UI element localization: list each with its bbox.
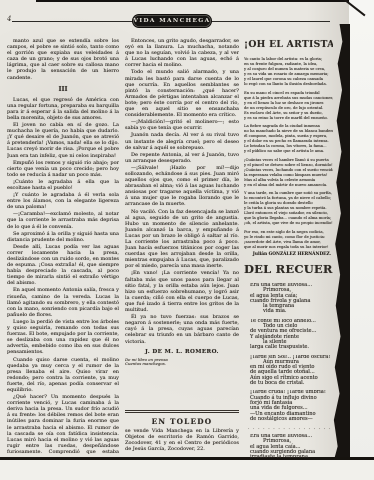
notice-title: EN TOLEDO bbox=[125, 417, 239, 426]
story-paragraph: —¡Sálvale! ¡Hazlo por mí!—dijo sollozand… bbox=[125, 165, 239, 208]
headline-oh-el-artista: ¡OH EL ARTISTA! bbox=[244, 39, 333, 50]
scan-top-edge bbox=[36, 0, 374, 2]
column-left: manto azul que se extendía sobre los cam… bbox=[7, 38, 119, 454]
poem-stanza: Y una tarde, en la cumbre que soñó su po… bbox=[244, 190, 333, 225]
scanned-page: 4 VIDA MANCHEGA manto azul que se extend… bbox=[0, 0, 374, 480]
poem-stanza: ¡Tarde sin Sol!.. ¡Tarde oscura! Aún mur… bbox=[244, 355, 333, 387]
column-right: ¡OH EL ARTISTA! Yo canto la labor del ar… bbox=[244, 38, 333, 458]
story-paragraph: No vaciló. Con la faz desencajada se lan… bbox=[125, 209, 239, 270]
page-edge-shadow bbox=[331, 24, 350, 464]
story-paragraph: ¿Qué hacer? Un momento después la corrie… bbox=[7, 394, 119, 454]
poem-stanza: ¡Cuántas veces el hambre llamó á su puer… bbox=[244, 157, 333, 187]
notice-body: se vende Vida Manchega en la Librería y … bbox=[125, 428, 239, 452]
section-heading: III bbox=[7, 85, 119, 93]
story-paragraph: —¡Caramba!—exclamó molesto, al notar que… bbox=[7, 211, 119, 229]
poem-stanza: ¡Tarde cruda! ¡Tarde umbría! Cuando á tu… bbox=[244, 390, 333, 422]
footnote-line: Cuentos manchegos. bbox=[125, 362, 239, 367]
masthead-badge: VIDA MANCHEGA bbox=[133, 15, 211, 27]
story-paragraphs: Lucas, el que regresó de América con una… bbox=[7, 97, 119, 454]
poem-stanza: Era una tarde lluviosa... Primorosa, el … bbox=[244, 283, 333, 315]
story-paragraph: Se aproximó á la orilla y siguió hasta u… bbox=[7, 231, 119, 243]
artista-poet-signature: Julián GONZÁLEZ HERNÁNDEZ. bbox=[244, 252, 331, 257]
story-paragraph: En aquel momento Antonia salía, fresca y… bbox=[7, 287, 119, 317]
scan-bottom-margin bbox=[0, 460, 374, 480]
story-paragraph: Él ya no tuvo fuerzas: sus brazos se neg… bbox=[125, 314, 239, 344]
story-paragraph: ¡Cuánto le agradaba á ella que la escolt… bbox=[7, 179, 119, 191]
story-paragraph: ¡En vano! ¡La corriente vencía! Ya no fa… bbox=[125, 270, 239, 313]
story-paragraphs-continued: Entonces, un grito agudo, desgarrador, s… bbox=[125, 38, 239, 345]
headline-del-recuerdo: DEL RECUERDO bbox=[244, 262, 333, 276]
story-paragraph: Empuñó los remos y siguió río abajo; por… bbox=[7, 160, 119, 178]
stanza-separator-dots: . . . . . . . . . . . . . . . . . bbox=[244, 426, 333, 431]
poem-stanza: En su mano el cincel es espada triunfal … bbox=[244, 90, 333, 120]
poem-stanza: Te conté mi loco anhelo... Todo un cielo… bbox=[244, 319, 333, 351]
poem-stanza: Yo canto la labor del artista: es la glo… bbox=[244, 56, 333, 86]
story-paragraph: Juanón nada decía. Al ver á su rival tuv… bbox=[125, 132, 239, 150]
story-paragraph: De repente Antonia, al ver á Juanón, tuv… bbox=[125, 152, 239, 164]
en-toledo-notice: EN TOLEDO se vende Vida Manchega en la L… bbox=[125, 410, 239, 452]
story-paragraph: Entonces, un grito agudo, desgarrador, s… bbox=[125, 38, 239, 68]
artista-poem: Yo canto la labor del artista: es la glo… bbox=[244, 56, 333, 249]
story-paragraph: Cuando quiso darse cuenta, el molino que… bbox=[7, 357, 119, 394]
story-author-signature: J. DE M. L. ROMERO. bbox=[125, 349, 239, 355]
scan-right-margin bbox=[349, 0, 374, 480]
poem-stanza: Era una tarde lluviosa... Primorosa, el … bbox=[244, 434, 333, 458]
poem-stanza: Por eso, en este siglo de la negra codic… bbox=[244, 229, 333, 249]
story-paragraph: Desde allí, Lucas podía ver las aguas co… bbox=[7, 244, 119, 287]
column-middle: Entonces, un grito agudo, desgarrador, s… bbox=[125, 38, 239, 456]
story-paragraph: —¡Maldición!—gritó el molinero—; esto sa… bbox=[125, 119, 239, 131]
recuerdo-poem-part1: Era una tarde lluviosa... Primorosa, el … bbox=[244, 283, 333, 422]
story-paragraph: Todo el mundo salió alarmado, y una mira… bbox=[125, 69, 239, 118]
poem-stanza: La fiebre sagrada de la ciudad inmensa n… bbox=[244, 123, 333, 153]
story-paragraph: Lucas, el que regresó de América con una… bbox=[7, 97, 119, 121]
page-number: 4 bbox=[7, 15, 11, 23]
story-paragraph: ¡Y cuánto le agradaba á él verla sola en… bbox=[7, 192, 119, 210]
story-intro-paragraphs: manto azul que se extendía sobre los cam… bbox=[7, 38, 119, 81]
recuerdo-poem-part2: Era una tarde lluviosa... Primorosa, el … bbox=[244, 434, 333, 458]
story-paragraph: manto azul que se extendía sobre los cam… bbox=[7, 38, 119, 81]
story-paragraph: Luego la perdió de vista entre los árbol… bbox=[7, 319, 119, 356]
story-paragraph: El joven no cabía en sí de gozo. La much… bbox=[7, 122, 119, 159]
story-footnote: De mi libro en prensa Cuentos manchegos. bbox=[125, 358, 239, 368]
